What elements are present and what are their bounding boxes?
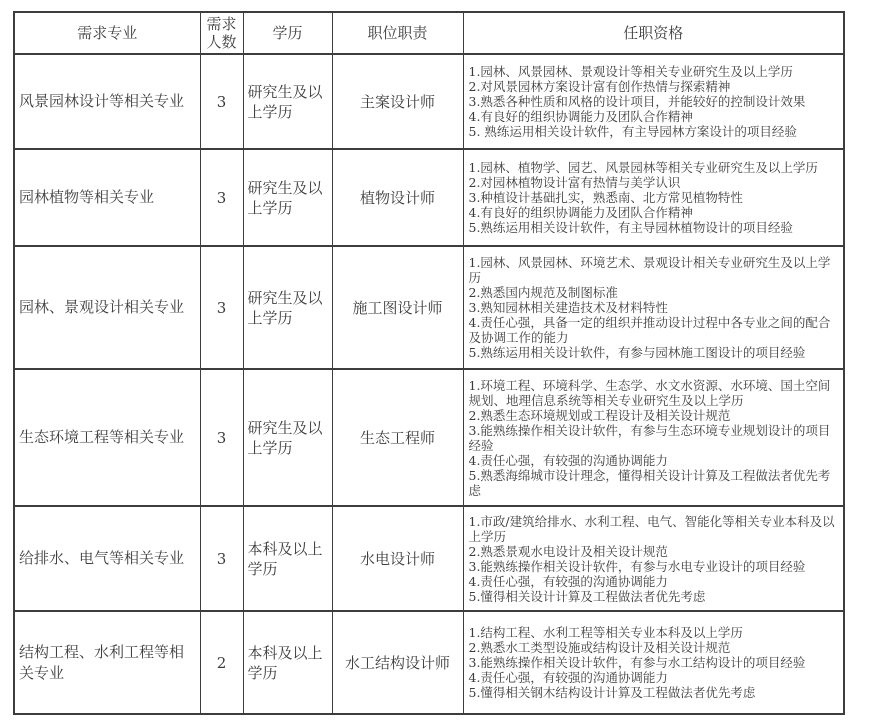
major-cell: 园林植物等相关专业	[14, 149, 200, 246]
position-cell: 主案设计师	[332, 54, 463, 149]
qualification-line: 3.能熟练操作相关设计软件，有参与水电专业设计的项目经验	[469, 559, 840, 574]
header-count: 需求人数	[200, 12, 243, 54]
qualification-line: 3.能熟练操作相关设计软件，有参与生态环境专业规划设计的项目经验	[469, 423, 840, 453]
count-cell: 3	[200, 54, 243, 149]
qualification-line: 2.对风景园林方案设计富有创作热情与探索精神	[469, 79, 840, 94]
count-cell: 3	[200, 149, 243, 246]
header-qualifications: 任职资格	[463, 12, 844, 54]
qualification-line: 5.熟悉海绵城市设计理念，懂得相关设计计算及工程做法者优先考虑	[469, 468, 840, 498]
education-cell: 本科及以上学历	[243, 506, 332, 611]
education-cell: 研究生及以上学历	[243, 246, 332, 369]
qualification-line: 4.责任心强，有较强的沟通协调能力	[469, 453, 840, 468]
count-cell: 3	[200, 369, 243, 506]
major-cell: 给排水、电气等相关专业	[14, 506, 200, 611]
qualifications-cell: 1.园林、风景园林、环境艺术、景观设计相关专业研究生及以上学历2.熟悉国内规范及…	[463, 246, 844, 369]
count-cell: 2	[200, 611, 243, 714]
qualification-line: 1.园林、风景园林、环境艺术、景观设计相关专业研究生及以上学历	[469, 255, 840, 285]
qualification-line: 2.对园林植物设计富有热情与美学认识	[469, 175, 840, 190]
qualification-line: 1.市政/建筑给排水、水利工程、电气、智能化等相关专业本科及以上学历	[469, 514, 840, 544]
position-cell: 生态工程师	[332, 369, 463, 506]
qualification-line: 1.园林、风景园林、景观设计等相关专业研究生及以上学历	[469, 64, 840, 79]
qualification-line: 3.能熟练操作相关设计软件，有参与水工结构设计的项目经验	[469, 655, 840, 670]
table-row: 生态环境工程等相关专业3研究生及以上学历生态工程师1.环境工程、环境科学、生态学…	[14, 369, 844, 506]
table-body: 风景园林设计等相关专业3研究生及以上学历主案设计师1.园林、风景园林、景观设计等…	[14, 54, 844, 714]
recruitment-table-page: 需求专业 需求人数 学历 职位职责 任职资格 风景园林设计等相关专业3研究生及以…	[0, 0, 886, 723]
header-row: 需求专业 需求人数 学历 职位职责 任职资格	[14, 12, 844, 54]
position-cell: 水工结构设计师	[332, 611, 463, 714]
qualifications-cell: 1.结构工程、水利工程等相关专业本科及以上学历2.熟悉水工类型设施或结构设计及相…	[463, 611, 844, 714]
qualification-line: 1.园林、植物学、园艺、风景园林等相关专业研究生及以上学历	[469, 160, 840, 175]
count-cell: 3	[200, 246, 243, 369]
qualification-line: 4.责任心强，有较强的沟通协调能力	[469, 574, 840, 589]
count-cell: 3	[200, 506, 243, 611]
qualification-line: 5.熟练运用相关设计软件，有主导园林植物设计的项目经验	[469, 220, 840, 235]
header-position: 职位职责	[332, 12, 463, 54]
qualification-line: 4.有良好的组织协调能力及团队合作精神	[469, 205, 840, 220]
position-cell: 水电设计师	[332, 506, 463, 611]
qualification-line: 5.懂得相关钢木结构设计计算及工程做法者优先考虑	[469, 685, 840, 700]
education-cell: 研究生及以上学历	[243, 149, 332, 246]
table-row: 园林植物等相关专业3研究生及以上学历植物设计师1.园林、植物学、园艺、风景园林等…	[14, 149, 844, 246]
major-cell: 生态环境工程等相关专业	[14, 369, 200, 506]
position-cell: 施工图设计师	[332, 246, 463, 369]
qualifications-cell: 1.园林、植物学、园艺、风景园林等相关专业研究生及以上学历2.对园林植物设计富有…	[463, 149, 844, 246]
table-row: 给排水、电气等相关专业3本科及以上学历水电设计师1.市政/建筑给排水、水利工程、…	[14, 506, 844, 611]
qualification-line: 4.责任心强，具备一定的组织并推动设计过程中各专业之间的配合及协调工作的能力	[469, 315, 840, 345]
table-row: 园林、景观设计相关专业3研究生及以上学历施工图设计师1.园林、风景园林、环境艺术…	[14, 246, 844, 369]
education-cell: 本科及以上学历	[243, 611, 332, 714]
qualifications-cell: 1.市政/建筑给排水、水利工程、电气、智能化等相关专业本科及以上学历2.熟悉景观…	[463, 506, 844, 611]
qualification-line: 1.环境工程、环境科学、生态学、水文水资源、水环境、国土空间规划、地理信息系统等…	[469, 378, 840, 408]
major-cell: 园林、景观设计相关专业	[14, 246, 200, 369]
qualification-line: 4.责任心强，有较强的沟通协调能力	[469, 670, 840, 685]
qualification-line: 1.结构工程、水利工程等相关专业本科及以上学历	[469, 625, 840, 640]
qualification-line: 5.懂得相关设计计算及工程做法者优先考虑	[469, 589, 840, 604]
education-cell: 研究生及以上学历	[243, 369, 332, 506]
header-education: 学历	[243, 12, 332, 54]
qualification-line: 2.熟悉景观水电设计及相关设计规范	[469, 544, 840, 559]
qualification-line: 2.熟悉国内规范及制图标准	[469, 285, 840, 300]
position-cell: 植物设计师	[332, 149, 463, 246]
qualification-line: 4.有良好的组织协调能力及团队合作精神	[469, 109, 840, 124]
qualification-line: 5.熟练运用相关设计软件，有参与园林施工图设计的项目经验	[469, 345, 840, 360]
recruitment-table: 需求专业 需求人数 学历 职位职责 任职资格 风景园林设计等相关专业3研究生及以…	[13, 11, 845, 715]
education-cell: 研究生及以上学历	[243, 54, 332, 149]
qualification-line: 5. 熟练运用相关设计软件，有主导园林方案设计的项目经验	[469, 124, 840, 139]
qualification-line: 2.熟悉水工类型设施或结构设计及相关设计规范	[469, 640, 840, 655]
qualification-line: 2.熟悉生态环境规划或工程设计及相关设计规范	[469, 408, 840, 423]
major-cell: 风景园林设计等相关专业	[14, 54, 200, 149]
table-row: 结构工程、水利工程等相关专业2本科及以上学历水工结构设计师1.结构工程、水利工程…	[14, 611, 844, 714]
qualification-line: 3.种植设计基础扎实，熟悉南、北方常见植物特性	[469, 190, 840, 205]
qualifications-cell: 1.环境工程、环境科学、生态学、水文水资源、水环境、国土空间规划、地理信息系统等…	[463, 369, 844, 506]
qualifications-cell: 1.园林、风景园林、景观设计等相关专业研究生及以上学历2.对风景园林方案设计富有…	[463, 54, 844, 149]
table-row: 风景园林设计等相关专业3研究生及以上学历主案设计师1.园林、风景园林、景观设计等…	[14, 54, 844, 149]
header-major: 需求专业	[14, 12, 200, 54]
qualification-line: 3.熟悉各种性质和风格的设计项目，并能较好的控制设计效果	[469, 94, 840, 109]
qualification-line: 3.熟知园林相关建造技术及材料特性	[469, 300, 840, 315]
major-cell: 结构工程、水利工程等相关专业	[14, 611, 200, 714]
